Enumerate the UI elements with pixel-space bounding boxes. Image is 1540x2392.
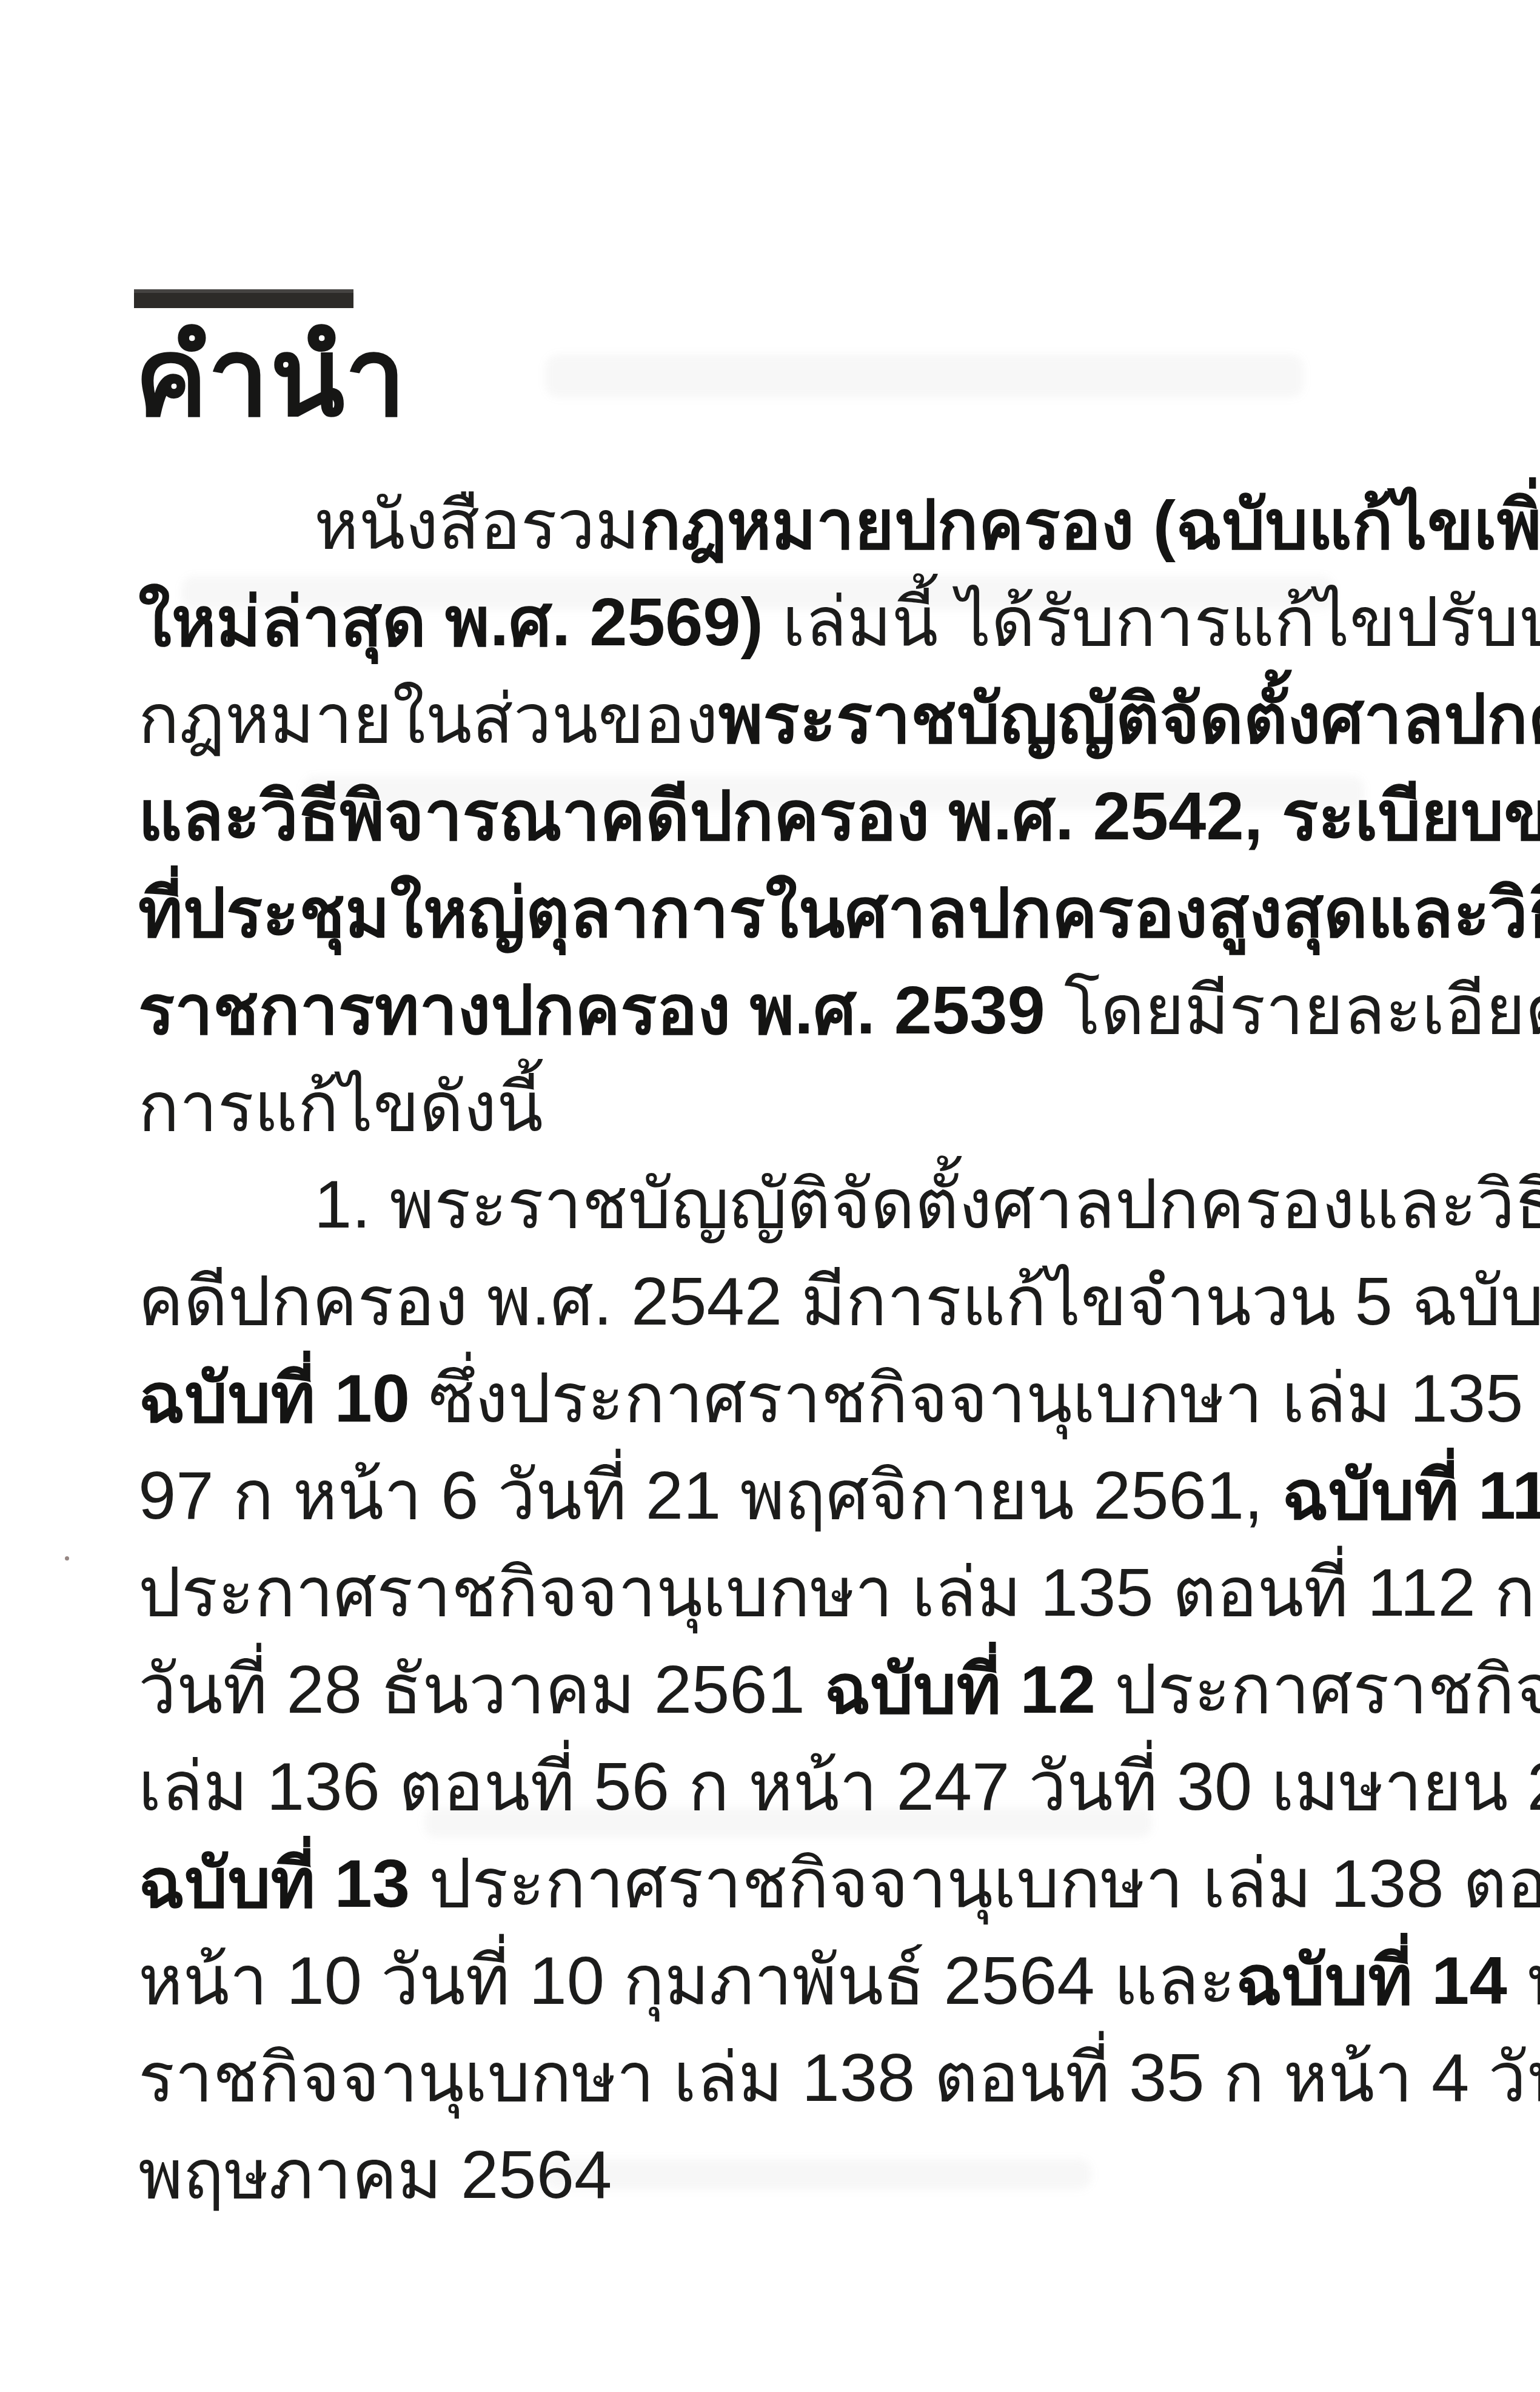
bleed-through-ghost — [546, 355, 1304, 397]
preface-body: หนังสือรวมกฎหมายปกครอง (ฉบับแก้ไขเพิ่มเต… — [138, 477, 1357, 2223]
page-title: คำนำ — [135, 320, 407, 435]
text-segment: หน้า 10 วันที่ 10 กุมภาพันธ์ 2564 และ — [138, 1943, 1236, 2018]
text-segment: โดยมีรายละเอียดแห่ง — [1064, 972, 1540, 1048]
text-line: ราชการทางปกครอง พ.ศ. 2539 โดยมีรายละเอีย… — [138, 962, 1357, 1059]
text-line: วันที่ 28 ธันวาคม 2561 ฉบับที่ 12 ประกาศ… — [138, 1641, 1357, 1738]
text-line: ฉบับที่ 10 ซึ่งประกาศราชกิจจานุเบกษา เล่… — [138, 1350, 1357, 1447]
text-segment: วันที่ 28 ธันวาคม 2561 — [138, 1651, 824, 1727]
text-segment: ฉบับที่ 11 — [1282, 1457, 1540, 1533]
text-line: การแก้ไขดังนี้ — [138, 1059, 1357, 1156]
text-line: ฉบับที่ 13 ประกาศราชกิจจานุเบกษา เล่ม 13… — [138, 1835, 1357, 1932]
text-line: และวิธีพิจารณาคดีปกครอง พ.ศ. 2542, ระเบี… — [138, 768, 1357, 865]
text-segment: เล่มนี้ ได้รับการแก้ไขปรับปรุง — [782, 584, 1540, 660]
text-line: 1. พระราชบัญญัติจัดตั้งศาลปกครองและวิธีพ… — [138, 1156, 1357, 1253]
text-line: ประกาศราชกิจจานุเบกษา เล่ม 135 ตอนที่ 11… — [138, 1544, 1357, 1641]
text-segment: หนังสือรวม — [314, 487, 640, 563]
scanned-book-page: คำนำ หนังสือรวมกฎหมายปกครอง (ฉบับแก้ไขเพ… — [0, 0, 1540, 2392]
text-segment: 97 ก หน้า 6 วันที่ 21 พฤศจิกายน 2561, — [138, 1457, 1282, 1533]
text-segment: ฉบับที่ 14 — [1236, 1943, 1526, 2018]
text-segment: คดีปกครอง พ.ศ. 2542 มีการแก้ไขจำนวน 5 ฉบ… — [138, 1263, 1540, 1339]
text-segment: กฎหมายในส่วนของ — [138, 681, 718, 757]
text-segment: ประกาศราชกิจจานุเบกษา — [1114, 1651, 1540, 1727]
text-line: หนังสือรวมกฎหมายปกครอง (ฉบับแก้ไขเพิ่มเต… — [138, 477, 1357, 574]
scan-speck — [65, 1556, 69, 1561]
text-segment: 1. พระราชบัญญัติจัดตั้งศาลปกครองและวิธีพ… — [314, 1166, 1540, 1242]
text-segment: และวิธีพิจารณาคดีปกครอง พ.ศ. 2542, ระเบี… — [138, 778, 1540, 854]
text-segment: ซึ่งประกาศราชกิจจานุเบกษา เล่ม 135 ตอนที… — [429, 1360, 1540, 1436]
text-line: ใหม่ล่าสุด พ.ศ. 2569) เล่มนี้ ได้รับการแ… — [138, 574, 1357, 671]
text-line: กฎหมายในส่วนของพระราชบัญญัติจัดตั้งศาลปก… — [138, 671, 1357, 768]
text-line: ที่ประชุมใหญ่ตุลาการในศาลปกครองสูงสุดและ… — [138, 865, 1357, 962]
text-line: เล่ม 136 ตอนที่ 56 ก หน้า 247 วันที่ 30 … — [138, 1738, 1357, 1835]
text-segment: ประกาศ — [1526, 1943, 1540, 2018]
text-segment: ฉบับที่ 12 — [824, 1651, 1114, 1727]
title-rule — [134, 289, 353, 308]
text-segment: ใหม่ล่าสุด พ.ศ. 2569) — [138, 584, 782, 660]
text-segment: ราชกิจจานุเบกษา เล่ม 138 ตอนที่ 35 ก หน้… — [138, 2040, 1540, 2115]
text-line: 97 ก หน้า 6 วันที่ 21 พฤศจิกายน 2561, ฉบ… — [138, 1447, 1357, 1544]
text-line: คดีปกครอง พ.ศ. 2542 มีการแก้ไขจำนวน 5 ฉบ… — [138, 1253, 1357, 1350]
text-line: ราชกิจจานุเบกษา เล่ม 138 ตอนที่ 35 ก หน้… — [138, 2029, 1357, 2126]
text-segment: พฤษภาคม 2564 — [138, 2137, 612, 2212]
text-segment: ประกาศราชกิจจานุเบกษา เล่ม 135 ตอนที่ 11… — [138, 1554, 1540, 1630]
text-segment: เล่ม 136 ตอนที่ 56 ก หน้า 247 วันที่ 30 … — [138, 1749, 1540, 1824]
text-line: หน้า 10 วันที่ 10 กุมภาพันธ์ 2564 และฉบั… — [138, 1932, 1357, 2029]
text-segment: ฉบับที่ 13 — [138, 1846, 429, 1921]
text-segment: ประกาศราชกิจจานุเบกษา เล่ม 138 ตอนที่ 11… — [429, 1846, 1540, 1921]
text-segment: ราชการทางปกครอง พ.ศ. 2539 — [138, 972, 1064, 1048]
text-segment: กฎหมายปกครอง (ฉบับแก้ไขเพิ่มเติม — [640, 487, 1540, 563]
text-segment: ฉบับที่ 10 — [138, 1360, 429, 1436]
text-line: พฤษภาคม 2564 — [138, 2126, 1357, 2223]
text-segment: ที่ประชุมใหญ่ตุลาการในศาลปกครองสูงสุดและ… — [138, 875, 1540, 951]
text-segment: พระราชบัญญัติจัดตั้งศาลปกครอง — [718, 681, 1540, 757]
text-segment: การแก้ไขดังนี้ — [138, 1069, 543, 1145]
